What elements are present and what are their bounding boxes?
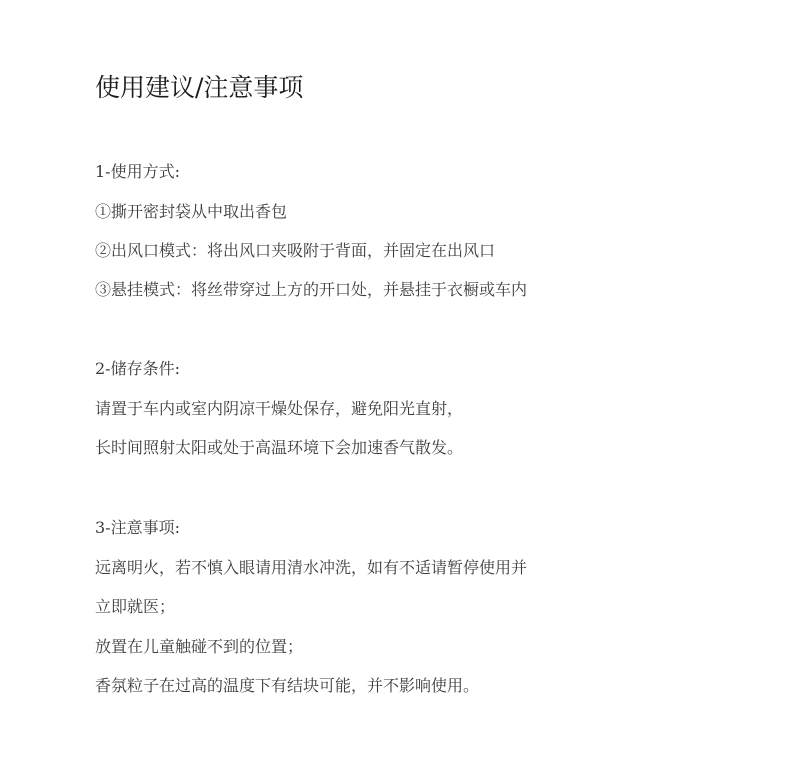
instruction-line: 请置于车内或室内阴凉干燥处保存，避免阳光直射，: [95, 398, 463, 420]
section-heading: 3-注意事项:: [95, 517, 180, 539]
instruction-line: 长时间照射太阳或处于高温环境下会加速香气散发。: [95, 437, 463, 459]
instruction-line: 远离明火，若不慎入眼请用清水冲洗，如有不适请暂停使用并: [95, 557, 527, 579]
instruction-line: ①撕开密封袋从中取出香包: [95, 201, 287, 223]
page-title: 使用建议/注意事项: [95, 70, 303, 106]
instruction-line: 放置在儿童触碰不到的位置；: [95, 636, 303, 658]
section-heading: 2-储存条件:: [95, 358, 180, 380]
instruction-line: ③悬挂模式：将丝带穿过上方的开口处，并悬挂于衣橱或车内: [95, 279, 527, 301]
instruction-line: ②出风口模式：将出风口夹吸附于背面，并固定在出风口: [95, 240, 495, 262]
instruction-line: 立即就医；: [95, 596, 175, 618]
section-heading: 1-使用方式:: [95, 161, 180, 183]
instruction-line: 香氛粒子在过高的温度下有结块可能，并不影响使用。: [95, 675, 479, 697]
